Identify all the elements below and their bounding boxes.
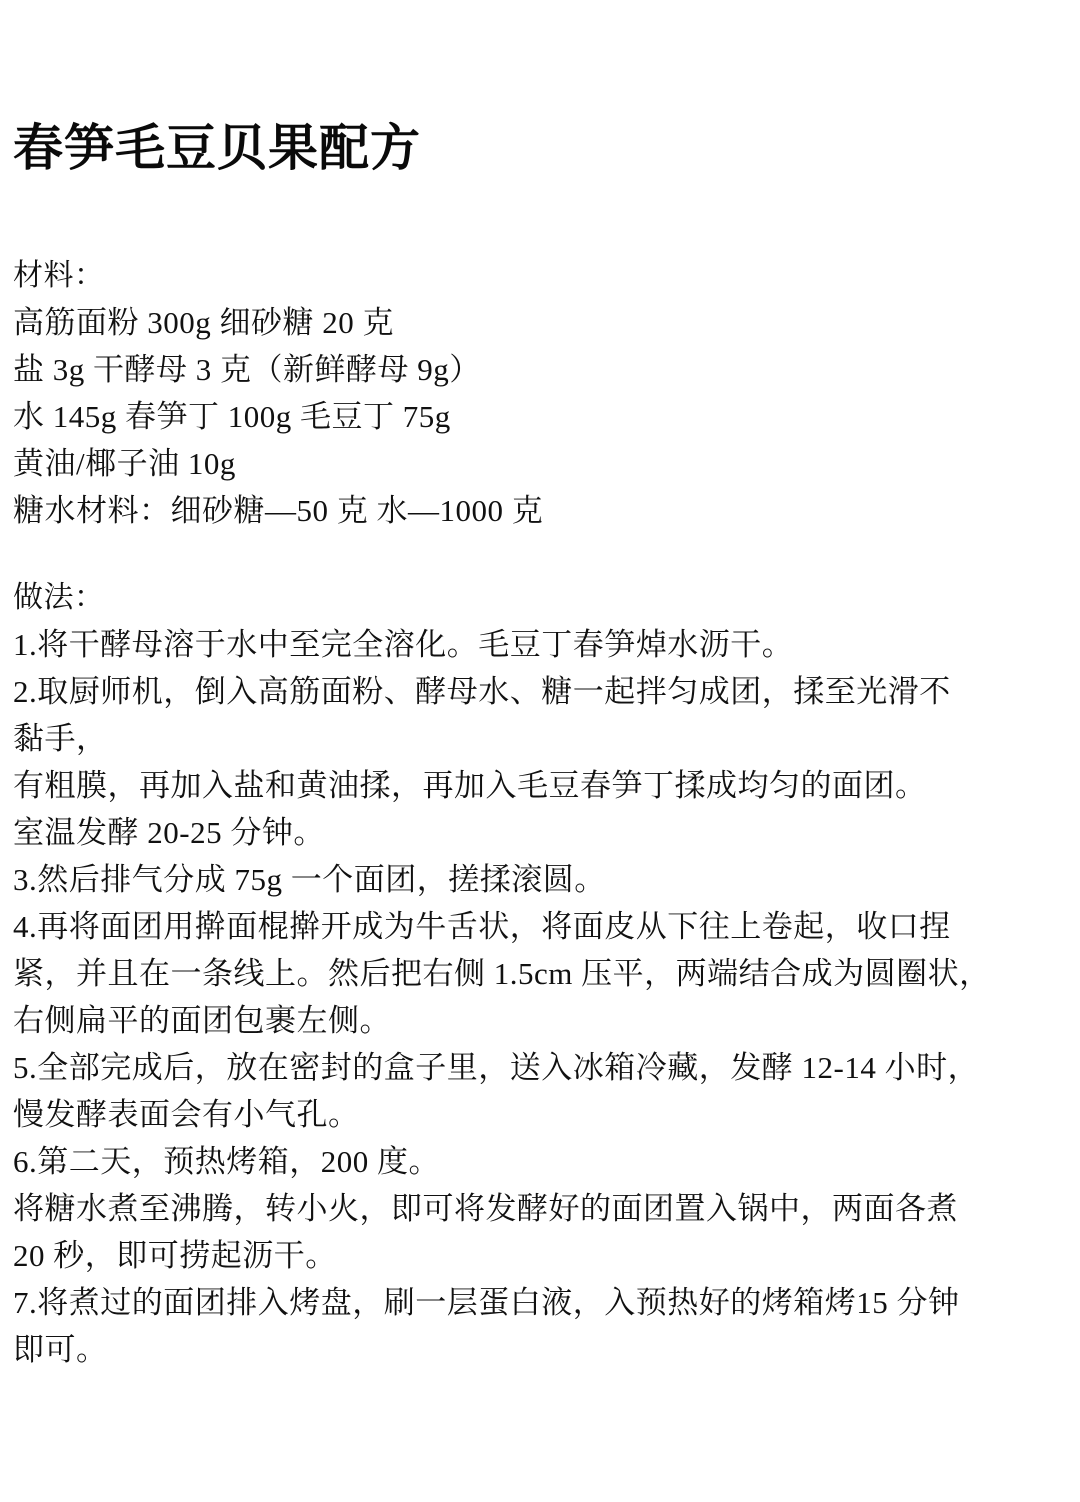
method-step-line: 黏手， — [13, 715, 1073, 762]
ingredient-line: 高筋面粉 300g 细砂糖 20 克 — [13, 299, 1073, 346]
method-step-line: 2.取厨师机，倒入高筋面粉、酵母水、糖一起拌匀成团，揉至光滑不 — [13, 668, 1073, 715]
method-step-line: 室温发酵 20-25 分钟。 — [13, 809, 1073, 856]
method-step-line: 7.将煮过的面团排入烤盘，刷一层蛋白液，入预热好的烤箱烤15 分钟 — [13, 1279, 1073, 1326]
method-step-line: 慢发酵表面会有小气孔。 — [13, 1091, 1073, 1138]
method-step-line: 6.第二天，预热烤箱，200 度。 — [13, 1138, 1073, 1185]
method-step-line: 将糖水煮至沸腾，转小火，即可将发酵好的面团置入锅中，两面各煮 — [13, 1185, 1073, 1232]
ingredient-line: 糖水材料：细砂糖—50 克 水—1000 克 — [13, 487, 1073, 534]
ingredient-line: 水 145g 春笋丁 100g 毛豆丁 75g — [13, 393, 1073, 440]
method-step-line: 20 秒，即可捞起沥干。 — [13, 1232, 1073, 1279]
method-step-line: 紧，并且在一条线上。然后把右侧 1.5cm 压平，两端结合成为圆圈状， — [13, 950, 1073, 997]
materials-section: 材料： 高筋面粉 300g 细砂糖 20 克 盐 3g 干酵母 3 克（新鲜酵母… — [13, 252, 1073, 534]
page-title: 春笋毛豆贝果配方 — [13, 116, 421, 180]
materials-heading: 材料： — [13, 252, 1073, 299]
method-step-line: 右侧扁平的面团包裹左侧。 — [13, 997, 1073, 1044]
method-step-line: 即可。 — [13, 1326, 1073, 1373]
method-step-line: 5.全部完成后，放在密封的盒子里，送入冰箱冷藏，发酵 12-14 小时， — [13, 1044, 1073, 1091]
method-step-line: 4.再将面团用擀面棍擀开成为牛舌状，将面皮从下往上卷起，收口捏 — [13, 903, 1073, 950]
method-step-line: 有粗膜，再加入盐和黄油揉，再加入毛豆春笋丁揉成均匀的面团。 — [13, 762, 1073, 809]
recipe-page: 春笋毛豆贝果配方 材料： 高筋面粉 300g 细砂糖 20 克 盐 3g 干酵母… — [0, 0, 1080, 1502]
ingredient-line: 盐 3g 干酵母 3 克（新鲜酵母 9g） — [13, 346, 1073, 393]
ingredient-line: 黄油/椰子油 10g — [13, 440, 1073, 487]
method-step-line: 1.将干酵母溶于水中至完全溶化。毛豆丁春笋焯水沥干。 — [13, 621, 1073, 668]
method-heading: 做法： — [13, 574, 1073, 621]
method-section: 做法： 1.将干酵母溶于水中至完全溶化。毛豆丁春笋焯水沥干。 2.取厨师机，倒入… — [13, 574, 1073, 1373]
method-step-line: 3.然后排气分成 75g 一个面团，搓揉滚圆。 — [13, 856, 1073, 903]
